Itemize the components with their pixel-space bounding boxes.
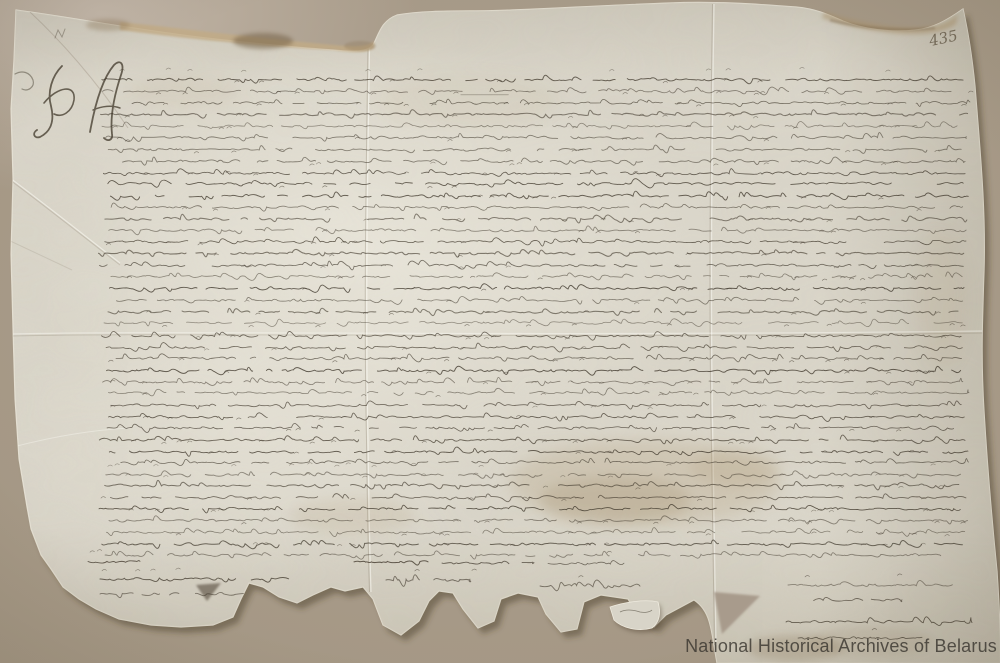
- archive-watermark: National Historical Archives of Belarus: [685, 636, 997, 657]
- photo-scene: 435 National Historical Archives of Bela…: [0, 0, 1000, 663]
- parchment-photo: 435: [0, 0, 1000, 663]
- parchment-scrap: [610, 601, 662, 633]
